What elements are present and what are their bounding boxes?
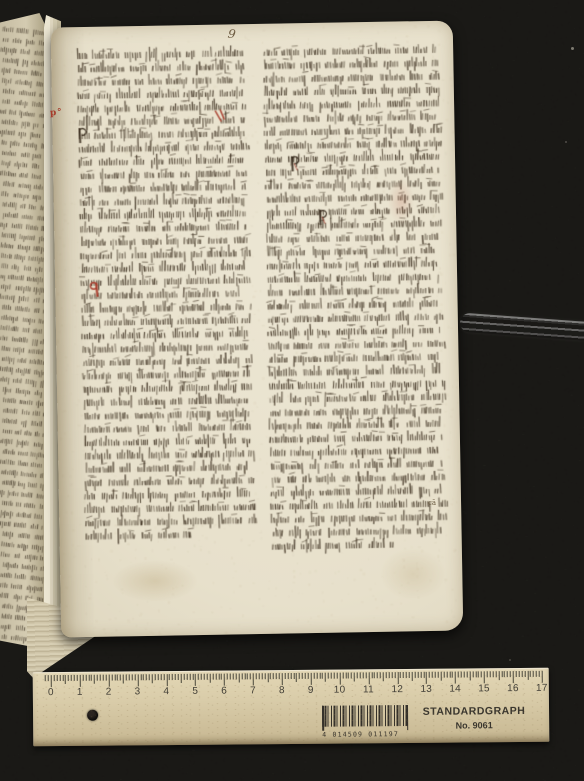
ruler-tick xyxy=(215,674,216,680)
ruler-tick xyxy=(264,673,265,679)
ruler-tick xyxy=(276,673,277,679)
ruler-cm-label: 17 xyxy=(536,683,548,694)
ruler-tick xyxy=(149,674,150,680)
ruler-tick xyxy=(490,671,491,677)
ruler-tick xyxy=(247,673,248,679)
ruler-tick xyxy=(527,671,528,680)
ruler-tick xyxy=(472,671,473,677)
ruler-tick xyxy=(435,672,436,678)
ruler-tick xyxy=(155,674,156,680)
quire-mark: 9 xyxy=(227,26,237,41)
ruler-tick xyxy=(134,674,135,680)
ruler-tick xyxy=(97,675,98,681)
ruler-tick xyxy=(192,674,193,680)
ruler-tick xyxy=(100,675,101,681)
ruler-tick xyxy=(316,673,317,679)
ruler-tick xyxy=(114,675,115,681)
ruler-tick xyxy=(446,672,447,678)
ruler-tick xyxy=(132,674,133,680)
ruler-tick xyxy=(172,674,173,680)
ruler-tick xyxy=(293,673,294,679)
ruler-tick xyxy=(319,673,320,679)
ruler-tick xyxy=(163,674,164,680)
ruler-tick xyxy=(467,671,468,677)
ruler-tick xyxy=(305,673,306,679)
ruler-tick xyxy=(403,672,404,678)
ruler-tick xyxy=(533,671,534,677)
ruler-tick xyxy=(85,675,86,681)
ruler-tick xyxy=(539,671,540,677)
ruler-tick xyxy=(449,672,450,678)
ruler-tick xyxy=(542,671,543,683)
ruler-tick xyxy=(412,672,413,681)
ruler-tick xyxy=(94,675,95,684)
ruler-tick xyxy=(360,672,361,678)
ruler-tick xyxy=(354,672,355,681)
marginal-gloss-red: p° xyxy=(50,108,63,119)
ruler-tick xyxy=(397,672,398,684)
ruler-tick xyxy=(285,673,286,679)
ruler-tick xyxy=(357,672,358,678)
ruler-tick xyxy=(123,674,124,683)
ruler-cm-label: 12 xyxy=(391,684,403,695)
ruler-tick xyxy=(308,673,309,679)
ruler-tick xyxy=(426,672,427,684)
ruler-tick xyxy=(389,672,390,678)
ruler-tick xyxy=(455,672,456,684)
ruler-model-label: No. 9061 xyxy=(419,720,529,731)
ruler-tick xyxy=(262,673,263,679)
ruler-tick xyxy=(461,672,462,678)
ruler-cm-label: 9 xyxy=(308,685,314,696)
ruler-tick xyxy=(377,672,378,678)
facing-page-edge xyxy=(0,13,47,647)
ruler-tick xyxy=(80,675,81,687)
ruler-tick xyxy=(166,674,167,686)
ruler-tick xyxy=(169,674,170,680)
ruler-tick xyxy=(504,671,505,677)
ruler-tick xyxy=(189,674,190,680)
ruler-tick xyxy=(250,673,251,679)
ruler-tick xyxy=(146,674,147,680)
ruler-cm-label: 3 xyxy=(135,686,141,697)
ruler-tick xyxy=(270,673,271,679)
ruler-tick xyxy=(299,673,300,679)
ruler-tick xyxy=(111,675,112,681)
measuring-ruler: 01234567891011121314151617 4 014509 0111… xyxy=(33,668,550,747)
ruler-tick xyxy=(516,671,517,677)
ruler-tick xyxy=(158,674,159,680)
ruler-tick xyxy=(175,674,176,680)
ruler-tick xyxy=(441,672,442,681)
ruler-tick xyxy=(380,672,381,678)
ruler-cm-label: 10 xyxy=(334,685,346,696)
ruler-tick xyxy=(423,672,424,678)
ruler-tick xyxy=(348,672,349,678)
ruler-tick xyxy=(230,674,231,680)
ruler-cm-label: 13 xyxy=(420,684,432,695)
ruler-tick xyxy=(253,673,254,685)
ruler-tick xyxy=(383,672,384,681)
ruler-tick xyxy=(224,674,225,686)
ruler-tick xyxy=(45,675,46,681)
ruler-tick xyxy=(334,673,335,679)
ruler-tick xyxy=(198,674,199,680)
ruler-cm-label: 8 xyxy=(279,685,285,696)
ruler-tick xyxy=(126,674,127,680)
ruler-tick xyxy=(432,672,433,678)
ruler-tick xyxy=(469,671,470,680)
ruler-tick xyxy=(510,671,511,677)
ruler-tick xyxy=(181,674,182,683)
ruler-tick xyxy=(406,672,407,678)
ruler-tick xyxy=(227,674,228,680)
ruler-tick xyxy=(152,674,153,683)
ruler-tick xyxy=(48,675,49,681)
ruler-cm-label: 7 xyxy=(250,685,256,696)
dust-speck xyxy=(571,47,574,50)
ruler-cm-label: 4 xyxy=(163,686,169,697)
ruler-tick xyxy=(62,675,63,681)
ruler-tick xyxy=(184,674,185,680)
ruler-tick xyxy=(530,671,531,677)
ruler-tick xyxy=(519,671,520,677)
ruler-tick xyxy=(452,672,453,678)
ruler-cm-label: 2 xyxy=(106,687,112,698)
ruler-tick xyxy=(458,672,459,678)
ruler-tick xyxy=(88,675,89,681)
manuscript-page xyxy=(51,21,464,638)
ruler-tick xyxy=(365,672,366,678)
ruler-tick xyxy=(296,673,297,682)
ruler-tick xyxy=(238,673,239,682)
ruler-tick xyxy=(313,673,314,679)
ruler-tick xyxy=(429,672,430,678)
ruler-tick xyxy=(328,673,329,679)
ruler-tick xyxy=(178,674,179,680)
photograph-scene: 9 p° cā 01234567891011121314151617 4 014… xyxy=(0,0,584,781)
ruler-tick xyxy=(204,674,205,680)
ruler-tick xyxy=(337,673,338,679)
ruler-tick xyxy=(108,675,109,687)
barcode-digits: 4 014509 011197 xyxy=(322,730,414,739)
ruler-tick xyxy=(302,673,303,679)
ruler-tick xyxy=(536,671,537,677)
ruler-tick xyxy=(481,671,482,677)
ruler-cm-label: 1 xyxy=(77,687,83,698)
dust-speck xyxy=(565,141,567,143)
ruler-tick xyxy=(311,673,312,685)
ruler-tick xyxy=(282,673,283,685)
ruler-tick xyxy=(129,674,130,680)
ruler-tick xyxy=(331,673,332,679)
ruler-tick xyxy=(195,674,196,686)
ruler-tick xyxy=(409,672,410,678)
ruler-tick xyxy=(363,672,364,678)
ruler-tick xyxy=(201,674,202,680)
ruler-tick xyxy=(59,675,60,681)
ruler-tick xyxy=(322,673,323,679)
ruler-tick xyxy=(394,672,395,678)
ruler-tick xyxy=(91,675,92,681)
barcode-group: 4 014509 011197 xyxy=(322,705,414,739)
ruler-tick xyxy=(351,672,352,678)
ruler-cm-label: 0 xyxy=(48,687,54,698)
ruler-tick xyxy=(417,672,418,678)
ruler-tick xyxy=(137,674,138,686)
facing-page-text xyxy=(0,13,47,647)
ruler-cm-label: 5 xyxy=(192,686,198,697)
ruler-tick xyxy=(77,675,78,681)
ruler-cm-label: 6 xyxy=(221,686,227,697)
ruler-tick xyxy=(513,671,514,683)
ruler-tick xyxy=(345,673,346,679)
ruler-tick xyxy=(117,675,118,681)
ruler-tick xyxy=(273,673,274,679)
ruler-tick xyxy=(210,674,211,683)
ruler-hole xyxy=(87,710,98,721)
ruler-tick xyxy=(160,674,161,680)
ruler-tick xyxy=(493,671,494,677)
ruler-tick xyxy=(212,674,213,680)
ruler-tick xyxy=(259,673,260,679)
ruler-tick xyxy=(241,673,242,679)
dust-speck xyxy=(509,659,511,661)
ruler-tick xyxy=(218,674,219,680)
ruler-tick xyxy=(143,674,144,680)
ruler-tick xyxy=(386,672,387,678)
ruler-cm-label: 15 xyxy=(478,683,490,694)
ruler-tick xyxy=(236,673,237,679)
ruler-tick xyxy=(120,674,121,680)
ruler-tick xyxy=(54,675,55,681)
ruler-tick xyxy=(415,672,416,678)
ruler-tick xyxy=(244,673,245,679)
marginal-note: cā xyxy=(428,499,436,507)
ruler-tick xyxy=(233,673,234,679)
ruler-tick xyxy=(524,671,525,677)
ruler-tick xyxy=(279,673,280,679)
ruler-tick xyxy=(221,674,222,680)
ruler-tick xyxy=(443,672,444,678)
ruler-tick xyxy=(51,675,52,687)
ruler-tick xyxy=(371,672,372,678)
ruler-cm-label: 16 xyxy=(507,683,519,694)
ruler-tick xyxy=(186,674,187,680)
ruler-cm-label: 14 xyxy=(449,684,461,695)
ruler-tick xyxy=(475,671,476,677)
ruler-tick xyxy=(507,671,508,677)
ruler-tick xyxy=(140,674,141,680)
ruler-tick xyxy=(106,675,107,681)
ruler-cm-label: 11 xyxy=(363,684,374,695)
ruler-brand-label: STANDARDGRAPH xyxy=(419,705,529,718)
ruler-tick xyxy=(495,671,496,677)
ruler-tick xyxy=(56,675,57,681)
ruler-tick xyxy=(267,673,268,682)
ruler-tick xyxy=(374,672,375,678)
ruler-tick xyxy=(400,672,401,678)
ruler-tick xyxy=(391,672,392,678)
ruler-tick xyxy=(420,672,421,678)
ruler-tick xyxy=(484,671,485,683)
ruler-tick xyxy=(342,673,343,679)
ruler-tick xyxy=(65,675,66,684)
ruler-tick xyxy=(464,671,465,677)
ruler-tick xyxy=(82,675,83,681)
ruler-tick xyxy=(325,673,326,682)
ruler-tick xyxy=(74,675,75,681)
barcode xyxy=(322,705,408,727)
ruler-tick xyxy=(288,673,289,679)
ruler-tick xyxy=(478,671,479,677)
ruler-tick xyxy=(438,672,439,678)
ruler-tick xyxy=(501,671,502,677)
ruler-tick xyxy=(368,672,369,684)
ruler-tick xyxy=(521,671,522,677)
ruler-tick xyxy=(68,675,69,681)
ruler-tick xyxy=(207,674,208,680)
ruler-tick xyxy=(71,675,72,681)
ruler-tick xyxy=(290,673,291,679)
ruler-tick xyxy=(487,671,488,677)
ruler-tick xyxy=(103,675,104,681)
manuscript-text xyxy=(51,21,464,638)
ruler-tick xyxy=(339,673,340,685)
ruler-tick xyxy=(498,671,499,680)
ruler-tick xyxy=(256,673,257,679)
